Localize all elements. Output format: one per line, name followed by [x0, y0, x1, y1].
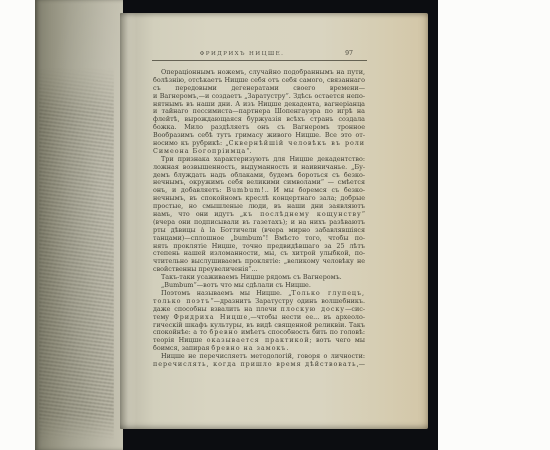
text-line: онъ, и добавляетъ: Bumbum!.. И мы боремс… — [153, 187, 365, 195]
text-line: спокойнѣе: а то бревно имѣетъ способност… — [153, 329, 365, 337]
text-line: только поэтъ“—дразнитъ Заратустру одинъ … — [153, 298, 365, 306]
text-line: носимо къ рубрикѣ: „Сквернѣйшій человѣкъ… — [153, 140, 365, 148]
text-line: флейтѣ, вырождающаяся буржуазія всѣхъ ст… — [153, 116, 365, 124]
page-number: 97 — [345, 50, 353, 57]
book-page: ФРИДРИХЪ НИЦШЕ. 97 Операціоннымъ ножемъ,… — [120, 13, 428, 429]
text-line: рты дѣвицы à la Боттичели (вчера мирно з… — [153, 227, 365, 235]
text-line: перечислять, когда пришло время дѣйствов… — [153, 361, 365, 369]
header-rule — [152, 60, 367, 61]
text-line: гическій шкафъ культуры, въ видѣ священн… — [153, 322, 365, 330]
text-line: теорія Ницше оказывается практикой; вотъ… — [153, 337, 365, 345]
page-text-block: ФРИДРИХЪ НИЦШЕ. 97 Операціоннымъ ножемъ,… — [153, 48, 365, 369]
text-line: намъ, что они идутъ „къ послѣднему кощун… — [153, 211, 365, 219]
text-line: Ницше не перечисляетъ методологій, говор… — [153, 353, 365, 361]
text-line: болѣзнію, отсѣкаетъ Ницше себя отъ себя … — [153, 77, 365, 85]
text-line: Поэтомъ называемъ мы Ницше. „Только глуп… — [153, 290, 365, 298]
text-line: нять проклятіе Ницше, точно предвидѣвшаг… — [153, 243, 365, 251]
text-line: боимся, запирая бревно на замокъ. — [153, 345, 365, 353]
running-head: ФРИДРИХЪ НИЦШЕ. 97 — [153, 48, 365, 61]
text-line: тему Фридриха Ницше,—чтобы нести ее... в… — [153, 314, 365, 322]
text-line: Вообразимъ себѣ тутъ гримасу живого Ницш… — [153, 132, 365, 140]
text-line: и Вагнеромъ,—и создаетъ „Заратустру“. Зд… — [153, 93, 365, 101]
text-line: степень нашей изломанности, мы, съ хитро… — [153, 250, 365, 258]
book-photo: ФРИДРИХЪ НИЦШЕ. 97 Операціоннымъ ножемъ,… — [35, 0, 438, 450]
text-line: ложная возвышенность, выдуманность и наи… — [153, 164, 365, 172]
text-line: нечнымъ, окружимъ себя великими символам… — [153, 179, 365, 187]
running-title: ФРИДРИХЪ НИЦШЕ. — [200, 51, 285, 57]
text-line: съ передовыми дегенератами своего времен… — [153, 85, 365, 93]
text-line: Операціоннымъ ножемъ, случайно подобранн… — [153, 69, 365, 77]
text-line: даже способны взвалить на плечи плоскую … — [153, 306, 365, 314]
text-line: простые, но смышленые люди, въ наши дни … — [153, 203, 365, 211]
page-body-text: Операціоннымъ ножемъ, случайно подобранн… — [153, 69, 365, 369]
text-line: танцами)—сплошное „bumbum“! Вмѣсто того,… — [153, 235, 365, 243]
text-line: Три признака характеризуютъ для Ницше де… — [153, 156, 365, 164]
text-line: Такъ-таки усаживаемъ Ницше рядомъ съ Ваг… — [153, 274, 365, 282]
text-line: свойственны преувеличенія“... — [153, 266, 365, 274]
text-line: „Bumbum“—вотъ что мы сдѣлали съ Ницше. — [153, 282, 365, 290]
text-line: нечнымъ, въ спокойномъ креслѣ концертнаг… — [153, 195, 365, 203]
text-line: чтительно выслушиваемъ проклятіе: „велик… — [153, 258, 365, 266]
text-line: демъ блуждать надъ облаками, будемъ боро… — [153, 172, 365, 180]
screenshot-canvas: ФРИДРИХЪ НИЦШЕ. 97 Операціоннымъ ножемъ,… — [0, 0, 550, 450]
text-line: божка. Мило раздѣляетъ онъ съ Вагнеромъ … — [153, 124, 365, 132]
left-page-edge — [35, 0, 123, 450]
text-line: Симеона Богопріимца“. — [153, 148, 365, 156]
text-line: (вчера они подписывали въ газетахъ); и н… — [153, 219, 365, 227]
text-line: нятнымъ въ наши дни. А изъ Ницше декаден… — [153, 101, 365, 109]
text-line: и тайнаго пессимиста—партнера Шопенгауэр… — [153, 108, 365, 116]
